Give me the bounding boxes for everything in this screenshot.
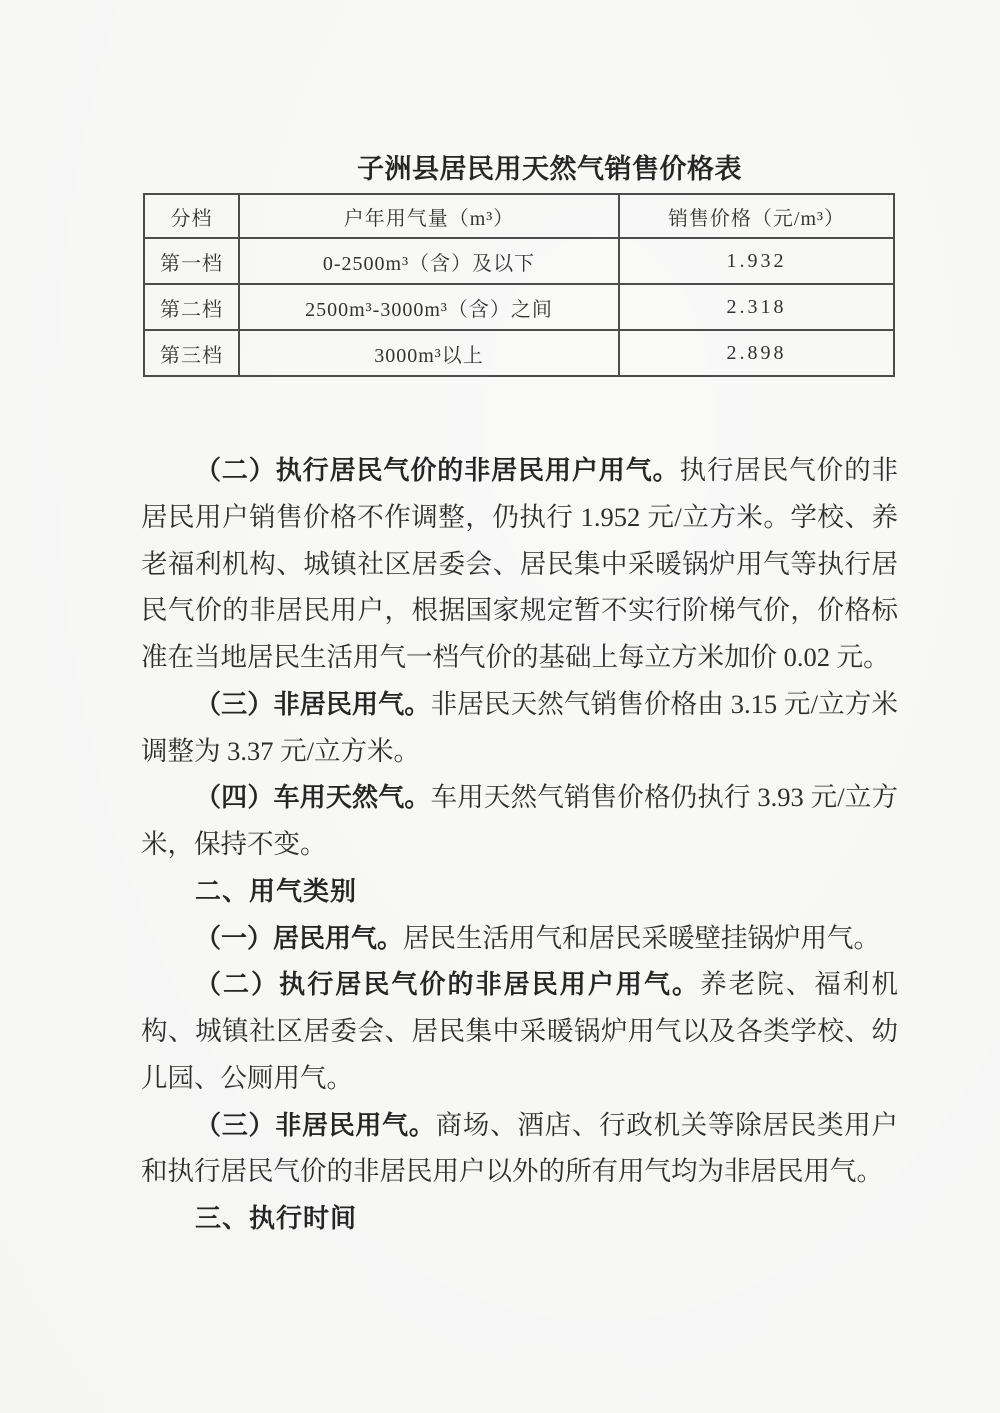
tier-1-price: 1.932 [619,238,894,284]
paragraph-lead: （四）车用天然气。 [195,782,431,812]
paragraph-nonresident-gas-price: （三）非居民用气。非居民天然气销售价格由 3.15 元/立方米调整为 3.37 … [141,681,898,775]
tier-1-volume: 0-2500m³（含）及以下 [239,238,619,284]
paragraph-lead: （二）执行居民气价的非居民用户用气。 [195,969,700,999]
table-row-tier-1: 第一档 0-2500m³（含）及以下 1.932 [144,238,894,284]
document-body: （二）执行居民气价的非居民用户用气。执行居民气价的非居民用户销售价格不作调整，仍… [141,447,898,1242]
tier-2-volume: 2500m³-3000m³（含）之间 [239,284,619,330]
scanned-document-page: 子洲县居民用天然气销售价格表 分档 户年用气量（m³） 销售价格（元/m³） 第… [0,0,1000,1413]
table-header-row: 分档 户年用气量（m³） 销售价格（元/m³） [144,194,894,238]
table-row-tier-2: 第二档 2500m³-3000m³（含）之间 2.318 [144,284,894,330]
tier-2-label: 第二档 [144,284,239,330]
paragraph-lead: （三）非居民用气。 [195,689,431,719]
paragraph-nonresident-gas-definition: （三）非居民用气。商场、酒店、行政机关等除居民类用户和执行居民气价的非居民用户以… [141,1102,898,1196]
paragraph-lead: （三）非居民用气。 [195,1110,436,1140]
paragraph-lead: （一）居民用气。 [195,923,403,953]
column-header-tier: 分档 [144,194,239,238]
paragraph-text: 居民生活用气和居民采暖壁挂锅炉用气。 [403,923,880,953]
paragraph-vehicle-gas-price: （四）车用天然气。车用天然气销售价格仍执行 3.93 元/立方米，保持不变。 [141,774,898,868]
price-table: 分档 户年用气量（m³） 销售价格（元/m³） 第一档 0-2500m³（含）及… [143,193,895,377]
column-header-sale-price: 销售价格（元/m³） [619,194,894,238]
table-row-tier-3: 第三档 3000m³以上 2.898 [144,330,894,376]
paragraph-nonresident-users-at-resident-price: （二）执行居民气价的非居民用户用气。执行居民气价的非居民用户销售价格不作调整，仍… [141,447,898,681]
column-header-annual-volume: 户年用气量（m³） [239,194,619,238]
tier-1-label: 第一档 [144,238,239,284]
section-heading-effective-time: 三、执行时间 [141,1195,898,1242]
paragraph-lead: （二）执行居民气价的非居民用户用气。 [195,455,680,485]
tier-2-price: 2.318 [619,284,894,330]
document-title: 子洲县居民用天然气销售价格表 [357,147,742,186]
paragraph-resident-gas-definition: （一）居民用气。居民生活用气和居民采暖壁挂锅炉用气。 [141,915,898,962]
paragraph-text: 执行居民气价的非居民用户销售价格不作调整，仍执行 1.952 元/立方米。学校、… [141,455,898,672]
tier-3-volume: 3000m³以上 [239,330,619,376]
tier-3-price: 2.898 [619,330,894,376]
section-heading-gas-usage-categories: 二、用气类别 [141,868,898,915]
tier-3-label: 第三档 [144,330,239,376]
paragraph-nonresident-at-resident-price-definition: （二）执行居民气价的非居民用户用气。养老院、福利机构、城镇社区居委会、居民集中采… [141,961,898,1101]
